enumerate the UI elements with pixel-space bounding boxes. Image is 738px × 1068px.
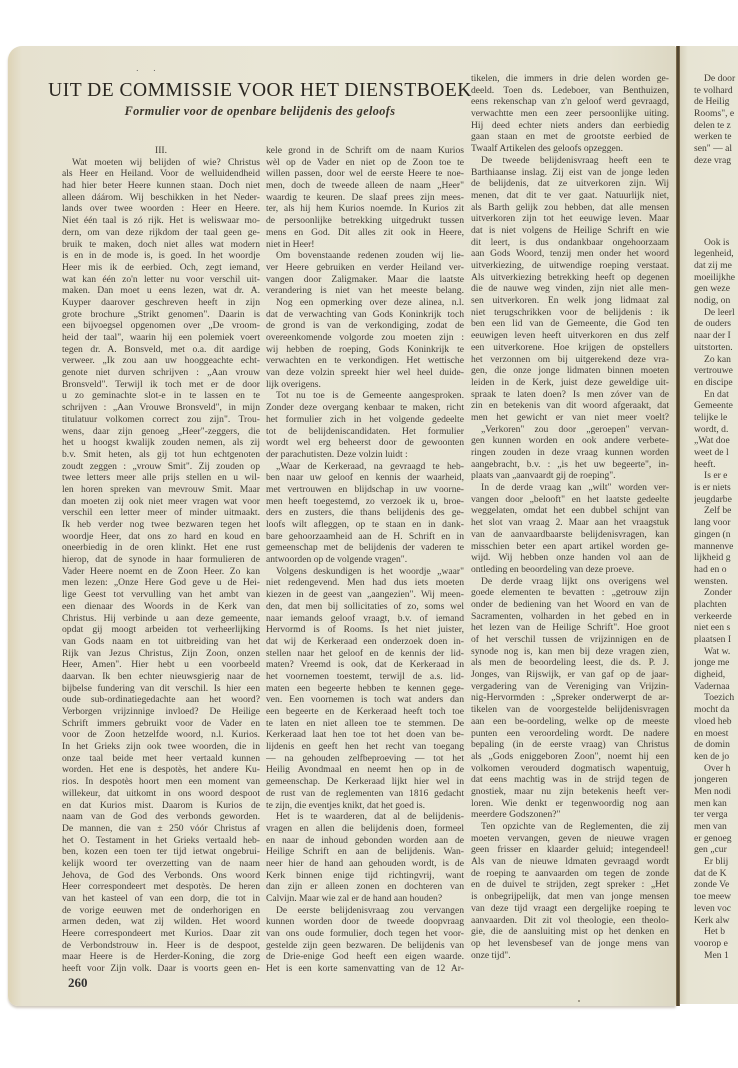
text-line: wordt wel erg beheerst door de gewoonten	[266, 437, 464, 449]
text-line: Jonges, van Rijswijk, er van gaf op de j…	[471, 669, 669, 681]
text-line: deze vrag	[694, 155, 738, 167]
text-line: plaats van „aanvaardt gij de roeping".	[471, 470, 669, 482]
text-line: bruik te maken, doch niet alles wat mode…	[62, 239, 260, 251]
text-line: kiezen in de geest van „aangezien". Wij …	[266, 589, 464, 601]
text-line: Vadernaa	[694, 681, 738, 693]
text-line: delen te z	[694, 120, 738, 132]
text-line: heeft.	[694, 459, 738, 471]
text-line: digheid,	[694, 669, 738, 681]
text-line: u zo geminachte slot-e in te lassen en t…	[62, 390, 260, 402]
text-line: heid der taal", waarin hij een polemiek …	[62, 332, 260, 344]
text-line: kelijk woord ter overzetting van de naam	[62, 858, 260, 870]
text-line: vangen door „belooft" en het laatste ged…	[471, 494, 669, 506]
text-line: plaatsen I	[694, 634, 738, 646]
text-line: ben naar uw geloof en kennis der waarhei…	[266, 472, 464, 484]
text-line: — na gehouden zelfbeproeving — tot het	[266, 753, 464, 765]
text-line: Om bovenstaande redenen zouden wij lie-	[266, 250, 464, 262]
text-line: synode nog is, kan men bij deze vragen z…	[471, 646, 669, 658]
text-line: moeten vervangen, geven de nieuwe vragen	[471, 833, 669, 845]
text-line: dat de verwachting van Gods Koninkrijk t…	[266, 309, 464, 321]
text-line: Kuyper daarover geschreven heeft in zijn	[62, 297, 260, 309]
text-line: eeuwigen leven heeft uitverkoren en dus …	[471, 330, 669, 342]
text-line: Kerk alw	[694, 915, 738, 927]
text-line: te laten en niet alleen toe te stemmen. …	[266, 718, 464, 730]
text-line: punten een veroordeling wordt. De nadere	[471, 728, 669, 740]
text-line: de ouders	[694, 318, 738, 330]
text-line: de rust van de reglementen van 1816 geda…	[266, 788, 464, 800]
text-line: eens rekenschap van z'n geloof werd gevr…	[471, 96, 669, 108]
text-line: niet een s	[694, 622, 738, 634]
text-line: Kerkeraad laat hen toe tot het doen van …	[266, 729, 464, 741]
text-line: gnostiek, maar nu zijn betekenis heeft v…	[471, 786, 669, 798]
text-line: Zonder deze overgang kenbaar te maken, r…	[266, 402, 464, 414]
text-line: De door	[694, 73, 738, 85]
text-line: gemeenschap met de belijdenis der vadere…	[266, 542, 464, 554]
text-line	[694, 178, 738, 190]
text-line: men heeft toegestemd, zo verzoek ik u, b…	[266, 496, 464, 508]
text-line: overeenkomende volgorde zou moeten zijn …	[266, 332, 464, 344]
text-line: men van	[694, 821, 738, 833]
text-line: te zijn, die eventjes knikt, dat het goe…	[266, 800, 464, 812]
text-line: niet redengevend. Men had dus iets moete…	[266, 577, 464, 589]
text-line: tikelen, die immers in drie delen worden…	[471, 73, 669, 85]
text-line: het slot van vraag 2. Maar aan het vraag…	[471, 517, 669, 529]
text-line	[694, 213, 738, 225]
text-line: voorop e	[694, 938, 738, 950]
text-line: „Wat doe	[694, 435, 738, 447]
text-line: Wat moeten wij belijden of wie? Christus	[62, 157, 260, 169]
text-line: grote brochure „Strikt genomen". Daarin …	[62, 309, 260, 321]
text-line: tegen dr. A. Bonsveld, met o.a. dit aard…	[62, 344, 260, 356]
paper-speck	[578, 1000, 580, 1002]
text-line: Men nodi	[694, 786, 738, 798]
text-line: vergadering van de Vereniging van Vrijzi…	[471, 681, 669, 693]
text-line: dat zij me	[694, 260, 738, 272]
text-line: wensten.	[694, 576, 738, 588]
text-line: misschien beter een apart artikel worden…	[471, 541, 669, 553]
text-line: den, dat men bij sollicitaties of zo, so…	[266, 601, 464, 613]
text-line: als men de beoordeling leest, die ds. P.…	[471, 657, 669, 669]
text-line: verweer. „Ik zou aan uw hooggeachte echt…	[62, 355, 260, 367]
text-line: verkeerde	[694, 611, 738, 623]
text-line: dat wij de Kerkeraad een onderzoek doen …	[266, 636, 464, 648]
text-line: aangebracht, b.v. : „is het uw begeerte"…	[471, 459, 669, 471]
text-line: Ik heb verder nog twee bezwaren tegen he…	[62, 519, 260, 531]
text-line: gen kunnen worden en ook andere verbete-	[471, 435, 669, 447]
text-line: In de derde vraag kan „wilt" worden ver-	[471, 482, 669, 494]
text-line: schrijven : „Aan Vrouwe Bronsveld", in m…	[62, 402, 260, 414]
page-number: 260	[68, 975, 88, 991]
text-line: het verzonnen om bij uitgerekend deze vr…	[471, 354, 669, 366]
text-line: Hij deed echter niets anders dan eerbied…	[471, 120, 669, 132]
text-line: de domin	[694, 739, 738, 751]
text-line: en naar de inhoud gebonden worden aan de	[266, 835, 464, 847]
text-line: nodig, on	[694, 295, 738, 307]
text-line	[694, 167, 738, 179]
text-line: gen weze	[694, 283, 738, 295]
text-line: jongeren	[694, 774, 738, 786]
text-line: loren. Wie denkt er tegenwoordig nog aan	[471, 798, 669, 810]
text-line: lige Geest tot vervulling van het ambt v…	[62, 589, 260, 601]
text-line: In het Grieks zijn ook twee woorden, die…	[62, 741, 260, 753]
text-line: Heilige Schrift en aan de belijdenis. Wa…	[266, 846, 464, 858]
text-line: lijk overigens.	[266, 379, 464, 391]
text-line: Niet één taal is zó rijk. Het is weliswa…	[62, 215, 260, 227]
text-line: men het gewicht er van niet meer voelt?	[471, 412, 669, 424]
text-line: het formulier zich in het volgende gedee…	[266, 414, 464, 426]
text-line: telijke le	[694, 412, 738, 424]
text-line: Volgens deskundigen is het woordje „waar…	[266, 566, 464, 578]
text-line: op het levensbesef van de jonge mens van	[471, 938, 669, 950]
text-line: ben een lid van de Gemeente, die God ten	[471, 318, 669, 330]
text-line: Twaalf Artikelen des geloofs opzeggen.	[471, 143, 669, 155]
text-line: uitverkoren zijn tot het eeuwige leven. …	[471, 213, 669, 225]
text-line: de persoonlijke betrekking uitgedrukt tu…	[266, 215, 464, 227]
text-line: Toezich	[694, 692, 738, 704]
text-line: meerdere Godszonen?"	[471, 809, 669, 821]
text-line: Jehova, de God des Verbonds. Ons woord	[62, 870, 260, 882]
text-line: moeilijkhe	[694, 272, 738, 284]
text-line: verwachtte men een zeer persoonlijke uit…	[471, 108, 669, 120]
text-line: onze tijd".	[471, 950, 669, 962]
text-line: rios. In despotès hoort men een moment v…	[62, 776, 260, 788]
text-line: Vader Heere noemt en de Zoon Heer. Zo ka…	[62, 566, 260, 578]
text-line: maten een begeerte hebben te kennen gege…	[266, 683, 464, 695]
text-line: lang voor	[694, 517, 738, 529]
text-line: dat eens machtig was in de strijd tegen …	[471, 774, 669, 786]
text-line: wèl op de Vader en niet op de Zoon toe t…	[266, 157, 464, 169]
text-line: Heer correspondeert met despotès. De her…	[62, 881, 260, 893]
text-line: daarvan. Ik ben echter nieuwsgierig naar…	[62, 671, 260, 683]
text-line: zonde Ve	[694, 879, 738, 891]
text-line: twee letters meer alle prijs stellen en …	[62, 472, 260, 484]
text-line: leven voc	[694, 903, 738, 915]
text-line: Bronsveld". Terwijl ik toch met er de do…	[62, 379, 260, 391]
text-line	[694, 190, 738, 202]
text-line: aanvaarden. Dit zit vol theologie, een t…	[471, 915, 669, 927]
text-line: Heilig Avondmaal en neemt hen op in de	[266, 764, 464, 776]
text-line: de roeping te aanvaarden om tegen de zon…	[471, 868, 669, 880]
text-line: naar iemands geloof vraagt, b.v. of iema…	[266, 613, 464, 625]
text-line: mens en God. Dit alles zit ook in Heere,	[266, 227, 464, 239]
text-line: dan moeten zij ook niet meer vragen wat …	[62, 496, 260, 508]
text-line: titulatuur volkomen correct zou zijn". T…	[62, 414, 260, 426]
text-line: de Heilig	[694, 96, 738, 108]
text-line: geen frisser en klaarder geluid; integen…	[471, 844, 669, 856]
text-line: mannenve	[694, 541, 738, 553]
text-line: Het b	[694, 926, 738, 938]
text-line: naam van de God des verbonds geworden.	[62, 811, 260, 823]
text-line: gen, die onze jonge lidmaten binnen moet…	[471, 365, 669, 377]
text-line: tikelen van de voorgestelde belijdenisvr…	[471, 704, 669, 716]
text-line: Christus. Hij verbinde u aan deze gemeen…	[62, 613, 260, 625]
article-title: UIT DE COMMISSIE VOOR HET DIENSTBOEK	[40, 80, 480, 102]
text-line: willen passen, door wel de eerste Heere …	[266, 168, 464, 180]
text-line: Schrift immers gebruikt voor de Vader en	[62, 718, 260, 730]
text-line: is onbegrijpelijk, dat men van jonge men…	[471, 891, 669, 903]
text-line: leiden in de Kerk, juist deze geweldige …	[471, 377, 669, 389]
text-line: zoudt zeggen : „vrouw Smit". Zij zouden …	[62, 461, 260, 473]
text-line: maar Heere is de Herder-Koning, die zorg	[62, 951, 260, 963]
text-line: Hervormd is of Rooms. Is het niet juiste…	[266, 624, 464, 636]
text-line: loofs wilt afleggen, op te staan en in d…	[266, 519, 464, 531]
text-line: maken. Dan moet u eens lezen, wat dr. A.	[62, 285, 260, 297]
text-line: dat is niet volgens de Heilige Schrift e…	[471, 225, 669, 237]
text-line: verwachten en te verkondigen. Het wettis…	[266, 355, 464, 367]
text-line: woordje Heer, dat ons zo hard en koud en	[62, 531, 260, 543]
text-line: er genoeg	[694, 833, 738, 845]
text-line: lands over twee woorden : Heer en Heere.	[62, 203, 260, 215]
text-line: „Waar de Kerkeraad, na gevraagd te heb-	[266, 461, 464, 473]
text-line: als Barth gelijk zou hebben, dat alle me…	[471, 202, 669, 214]
text-line: dit leert, is dus ondankbaar ongehoorzaa…	[471, 237, 669, 249]
text-line: Rooms", e	[694, 108, 738, 120]
text-line: een begeerte en de Kerkeraad heeft toch …	[266, 706, 464, 718]
text-line: Heere correspondeert met Kurios. Daar zi…	[62, 928, 260, 940]
text-line: een uitverkorene. Hoe krijgen de opstell…	[471, 342, 669, 354]
text-line: Gemeente	[694, 400, 738, 412]
text-line: met vertrouwen en blijdschap in uw voorn…	[266, 484, 464, 496]
text-line: een bijvoegsel opgenomen over „De vroom-	[62, 320, 260, 332]
text-line: van ons oude formulier, doch tegen het v…	[266, 928, 464, 940]
text-line: jonge me	[694, 657, 738, 669]
text-line: tot de belijdeniscandidaten. Het formuli…	[266, 426, 464, 438]
text-line: kele grond in de Schrift om de naam Kuri…	[266, 145, 464, 157]
text-line: Als van de nieuwe ldmaten gevraagd wordt	[471, 856, 669, 868]
text-line: van deze tijd vraagt een dergelijke roep…	[471, 903, 669, 915]
text-line: Tot nu toe is de Gemeente aangesproken.	[266, 390, 464, 402]
text-line: wat kan één zo'n letter nu voor verschil…	[62, 274, 260, 286]
text-line: wij hebben de roeping, Gods Koninkrijk t…	[266, 344, 464, 356]
text-line: dern, om van deze rijkdom der taal geen …	[62, 227, 260, 239]
text-line: III.	[62, 145, 260, 157]
text-line: toe meew	[694, 891, 738, 903]
text-line: verandering is niet van het meeste belan…	[266, 285, 464, 297]
text-line: Als uitverkiezing betrekking heeft op de…	[471, 272, 669, 284]
text-line: Zo kan	[694, 354, 738, 366]
text-line: De tweede belijdenisvraag heeft een te	[471, 155, 669, 167]
text-line: Het is te waarderen, dat al de belijdeni…	[266, 811, 464, 823]
text-line: de vorige eeuwen met de onderhorigen en	[62, 905, 260, 917]
text-line: ken de jo	[694, 751, 738, 763]
text-line	[694, 225, 738, 237]
text-line: wijd. Wij hebben onze handen vol aan de	[471, 552, 669, 564]
text-line: niet in Heer!	[266, 239, 464, 251]
header-marks: . .	[136, 64, 162, 73]
text-column-1: III.Wat moeten wij belijden of wie? Chri…	[62, 145, 260, 975]
text-line: men kan	[694, 798, 738, 810]
text-line: is er niets	[694, 482, 738, 494]
text-line: dat de K	[694, 868, 738, 880]
text-line: te volhard	[694, 85, 738, 97]
text-line: len horen spreken van mevrouw Smit. Maar	[62, 484, 260, 496]
text-line: Calvijn. Maar wie zal er de hand aan hou…	[266, 893, 464, 905]
text-line: nig-Hervormden : „Spreker onderwerpt de …	[471, 692, 669, 704]
text-line: uitverkiezing, de uitwendige roeping ver…	[471, 260, 669, 272]
text-line: Kerk binnen enige tijd richtingvrij, wan…	[266, 870, 464, 882]
text-line: „Verkoren" zou door „geroepen" vervan-	[471, 424, 669, 436]
text-line: bare gehoorzaamheid aan de H. Schrift en…	[266, 531, 464, 543]
text-line: mocht da	[694, 704, 738, 716]
text-line: uitstorten.	[694, 342, 738, 354]
text-line: ontleding en beoordeling van deze proeve…	[471, 564, 669, 576]
text-line: van de aanvaardbaarste belijdenisvragen,…	[471, 529, 669, 541]
text-line: Over h	[694, 763, 738, 775]
text-line: plachten	[694, 599, 738, 611]
text-line: vloed heb	[694, 716, 738, 728]
text-line: Men 1	[694, 950, 738, 962]
text-line: de belijdenis, dat ze uitverkoren zijn. …	[471, 178, 669, 190]
text-line: men lezen: „Onze Here God geve u de Hei-	[62, 577, 260, 589]
text-line: menen, dat dit te ver gaat. Natuurlijk n…	[471, 190, 669, 202]
text-line: de Drie-enige God heeft een eigen waarde…	[266, 951, 464, 963]
text-line: weet de l	[694, 447, 738, 459]
text-line: het O. Testament in het Grieks vertaald …	[62, 835, 260, 847]
text-line: Barthiaanse inslag. Zij eist van de jong…	[471, 167, 669, 179]
text-line: En dat	[694, 389, 738, 401]
text-line: niet terugschrikken voor de belijdenis :…	[471, 307, 669, 319]
text-line: het u hoogst kwalijk zouden nemen, als z…	[62, 437, 260, 449]
text-line: worden. Het ene is despotès, het andere …	[62, 764, 260, 776]
text-line: het voornemen toestemt, terwijl de a.s. …	[266, 671, 464, 683]
text-line: vragen en allen die belijdenis doen, for…	[266, 823, 464, 835]
text-line: lijdenis en geeft hen het recht van toeg…	[266, 741, 464, 753]
text-line: Wat w.	[694, 646, 738, 658]
text-line: armen deden, wat zij wilden. Het woord	[62, 916, 260, 928]
text-line: ben, kozen een toen ter tijd ietwat onge…	[62, 846, 260, 858]
text-line: Verborgen vrijzinnige invloed? De Heilig…	[62, 706, 260, 718]
text-line: en dat Kurios mist. Daarom is Kurios de	[62, 800, 260, 812]
text-line: stellen naar het geloof en de kennis der…	[266, 648, 464, 660]
text-line: gaan staan en met de grootste eerbied de	[471, 131, 669, 143]
article-subtitle: Formulier voor de openbare belijdenis de…	[40, 104, 480, 119]
text-line: men, doch de tweede alleen de naam „Heer…	[266, 180, 464, 192]
text-line: vangen door Zaligmaker. Maar die laatste	[266, 274, 464, 286]
text-line: dan zijn er alleen zonen en dochteren va…	[266, 881, 464, 893]
text-line: ver Heere gebruiken en verder Heiland ve…	[266, 262, 464, 274]
text-line: alleen dáárom. Wij beschikken in het Ned…	[62, 192, 260, 204]
text-line: Heer mis ik de eerbied. Och, zegt iemand…	[62, 262, 260, 274]
text-line: oneerbiedig in de oren klinkt. Het ene r…	[62, 542, 260, 554]
text-line: deeld. Toen ds. Ledeboer, van Benthuizen…	[471, 85, 669, 97]
text-line: wordt, d.	[694, 424, 738, 436]
text-line	[694, 202, 738, 214]
text-line: een dienaar des Woords in de Kerk van	[62, 601, 260, 613]
text-line: willekeur, dat uitkomt in ons woord desp…	[62, 788, 260, 800]
text-line: die de nauwe weg vinden, zijn niet alle …	[471, 283, 669, 295]
text-line: genote niet durven schrijven : „Aan vrou…	[62, 367, 260, 379]
text-line: onze taal beide met heer vertaald kunnen	[62, 753, 260, 765]
text-line: en discipe	[694, 377, 738, 389]
text-line: gen „cur	[694, 844, 738, 856]
text-line: Ook is	[694, 237, 738, 249]
text-line: gemeenschap. De Kerkeraad lijkt hier wel…	[266, 776, 464, 788]
text-line: bepaling (in de eerste vraag) van Christ…	[471, 739, 669, 751]
text-line: als „Gods eniggeboren Zoon", noemt hij e…	[471, 751, 669, 763]
text-line: sen" — al	[694, 143, 738, 155]
text-line: De derde vraag lijkt ons overigens wel	[471, 576, 669, 588]
text-line: volkomen verouderd dogmatisch wapentuig,	[471, 763, 669, 775]
text-line: Het is een korte samenvatting van de 12 …	[266, 963, 464, 975]
text-line: voor de Zoon hetzelfde woord, n.l. Kurio…	[62, 729, 260, 741]
text-line: jeugdarbe	[694, 494, 738, 506]
text-line: van Gods naam en tot uitbreiding van het	[62, 636, 260, 648]
text-line: sen uitverkoren. En welk jong lidmaat za…	[471, 295, 669, 307]
text-line: is en in de mode is, is goed. In het woo…	[62, 250, 260, 262]
text-line: ringen zouden in deze vraag kunnen worde…	[471, 447, 669, 459]
text-line: van deze volzin spreekt hier wel heel du…	[266, 367, 464, 379]
text-line: Nog een opmerking over deze alinea, n.l.	[266, 297, 464, 309]
text-line: ven. Een voornemen is toch wat anders da…	[266, 694, 464, 706]
text-line: of het verschil tussen de vrijzinnigen e…	[471, 634, 669, 646]
text-line: weggelaten, omdat het een dubbel schijnt…	[471, 505, 669, 517]
text-line: opdat gij moogt arbeiden tot verheerlijk…	[62, 624, 260, 636]
text-column-4-cropped: De doorte volhardde HeiligRooms", edelen…	[694, 73, 738, 961]
text-line: De eerste belijdenisvraag zou vervangen	[266, 905, 464, 917]
text-line: als Heer en Heiland. Voor de welluidendh…	[62, 168, 260, 180]
text-line: De leerl	[694, 307, 738, 319]
text-line: wens, daar zijn genoeg „Heer"-zeggers, d…	[62, 426, 260, 438]
text-line: bijbelse fundering van dit verschil. Is …	[62, 683, 260, 695]
text-column-2: kele grond in de Schrift om de naam Kuri…	[266, 145, 464, 975]
text-line: Zelf be	[694, 505, 738, 517]
text-line: oude sub-ordinatiegedachte aan het woord…	[62, 694, 260, 706]
text-line: kunnen worden door de tweede doopvraag	[266, 916, 464, 928]
text-line: vertrouwe	[694, 365, 738, 377]
text-line: en de duivel te strijden, zegt spreker :…	[471, 879, 669, 891]
text-line: waardig te keuren. De slaaf prees zijn m…	[266, 192, 464, 204]
text-line: had en o	[694, 564, 738, 576]
text-line: der parachutisten. Deze volzin luidt :	[266, 449, 464, 461]
text-line: zin en betekenis van dit woord afgeraakt…	[471, 400, 669, 412]
text-line: gie, die de aansluiting mist op het denk…	[471, 926, 669, 938]
text-line: maten? Vreemd is ook, dat de Kerkeraad i…	[266, 659, 464, 671]
text-line: had hier beter Heere kunnen staan. Doch …	[62, 180, 260, 192]
text-line: aan Gods Woord, tenzij men onder het woo…	[471, 248, 669, 260]
text-line: Sacramenten, volharden in het gebed en i…	[471, 611, 669, 623]
text-line: Is er e	[694, 470, 738, 482]
text-line: neer hier de hand aan gehouden wordt, is…	[266, 858, 464, 870]
text-line: naar der I	[694, 330, 738, 342]
text-line: goede elementen te bevatten : „getrouw z…	[471, 587, 669, 599]
text-line: De mannen, die van ± 250 vóór Christus a…	[62, 823, 260, 835]
text-line: verschil een letter meer of minder uitma…	[62, 507, 260, 519]
text-line: de Verbondstrouw in. Heer is de despoot,	[62, 940, 260, 952]
text-line: het lezen van de Heilige Schrift". Hoe g…	[471, 622, 669, 634]
text-line: van het kasteel of van een dorp, die tot…	[62, 893, 260, 905]
text-line: Ten opzichte van de Reglementen, die zij	[471, 821, 669, 833]
text-line: Er blij	[694, 856, 738, 868]
text-line: Zonder	[694, 587, 738, 599]
text-line: Rijk van Jezus Christus, Zijn Zoon, onze…	[62, 648, 260, 660]
text-line: antwoorden op de volgende vragen".	[266, 554, 464, 566]
text-line: lijkheid g	[694, 552, 738, 564]
text-line: ter, als hij hem Kurios noemde. In Kurio…	[266, 203, 464, 215]
text-line: werken te	[694, 131, 738, 143]
text-line: hierop, dat de synode in haar formuliere…	[62, 554, 260, 566]
text-line: Heer, Amen". Hier hebt u een voorbeeld	[62, 659, 260, 671]
text-line: spraak te laten doen? Is men zóver van d…	[471, 389, 669, 401]
text-line: b.v. Smit heten, als gij tot hun echtgen…	[62, 449, 260, 461]
text-line: legenheid,	[694, 248, 738, 260]
text-line: ders en zusters, die thans belijdenis de…	[266, 507, 464, 519]
text-line: gingen (n	[694, 529, 738, 541]
text-line: en moest	[694, 728, 738, 740]
text-line: ter verga	[694, 809, 738, 821]
text-line: onder de bediening van het Woord en van …	[471, 599, 669, 611]
text-line: heeft voor Zijn volk. Daar is voorts gee…	[62, 963, 260, 975]
text-column-3: tikelen, die immers in drie delen worden…	[471, 73, 669, 961]
